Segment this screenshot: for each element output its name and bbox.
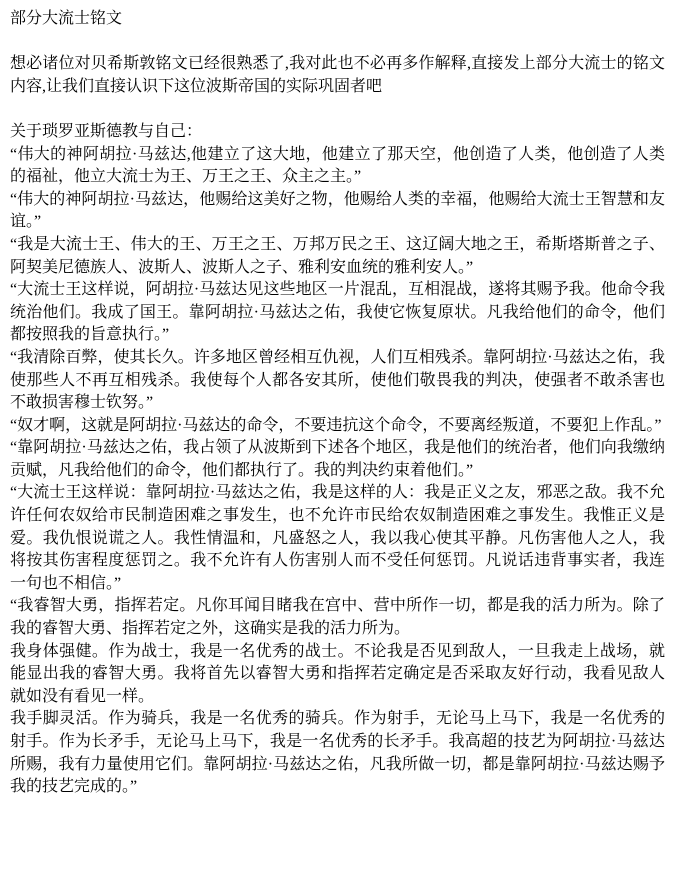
inscription-paragraph: “我是大流士王、伟大的王、万王之王、万邦万民之王、这辽阔大地之王，希斯塔斯普之子… [10,234,665,279]
section-heading: 关于琐罗亚斯德教与自己： [10,121,665,144]
intro-paragraph: 想必诸位对贝希斯敦铭文已经很熟悉了,我对此也不必再多作解释,直接发上部分大流士的… [10,53,665,98]
inscription-paragraph: “奴才啊，这就是阿胡拉·马兹达的命令，不要违抗这个命令，不要离经叛道，不要犯上作… [10,415,665,438]
page-title: 部分大流士铭文 [10,8,665,31]
inscription-paragraph: “我睿智大勇，指挥若定。凡你耳闻目睹我在宫中、营中所作一切，都是我的活力所为。除… [10,595,665,640]
inscription-paragraph: “靠阿胡拉·马兹达之佑，我占领了从波斯到下述各个地区，我是他们的统治者，他们向我… [10,437,665,482]
document-page: 部分大流士铭文 想必诸位对贝希斯敦铭文已经很熟悉了,我对此也不必再多作解释,直接… [0,0,674,869]
inscription-body: 关于琐罗亚斯德教与自己： “伟大的神阿胡拉·马兹达,他建立了这大地，他建立了那天… [10,121,665,799]
inscription-paragraph: “大流士王这样说：靠阿胡拉·马兹达之佑，我是这样的人：我是正义之友，邪恶之敌。我… [10,482,665,595]
inscription-paragraph: “伟大的神阿胡拉·马兹达，他赐给这美好之物，他赐给人类的幸福，他赐给大流士王智慧… [10,189,665,234]
inscription-paragraph: “我清除百弊，使其长久。许多地区曾经相互仇视，人们互相残杀。靠阿胡拉·马兹达之佑… [10,347,665,415]
inscription-paragraph: “伟大的神阿胡拉·马兹达,他建立了这大地，他建立了那天空，他创造了人类，他创造了… [10,144,665,189]
inscription-paragraph: 我身体强健。作为战士，我是一名优秀的战士。不论我是否见到敌人，一旦我走上战场，就… [10,641,665,709]
inscription-paragraph: 我手脚灵活。作为骑兵，我是一名优秀的骑兵。作为射手，无论马上马下，我是一名优秀的… [10,708,665,798]
inscription-paragraph: “大流士王这样说，阿胡拉·马兹达见这些地区一片混乱，互相混战，遂将其赐予我。他命… [10,279,665,347]
